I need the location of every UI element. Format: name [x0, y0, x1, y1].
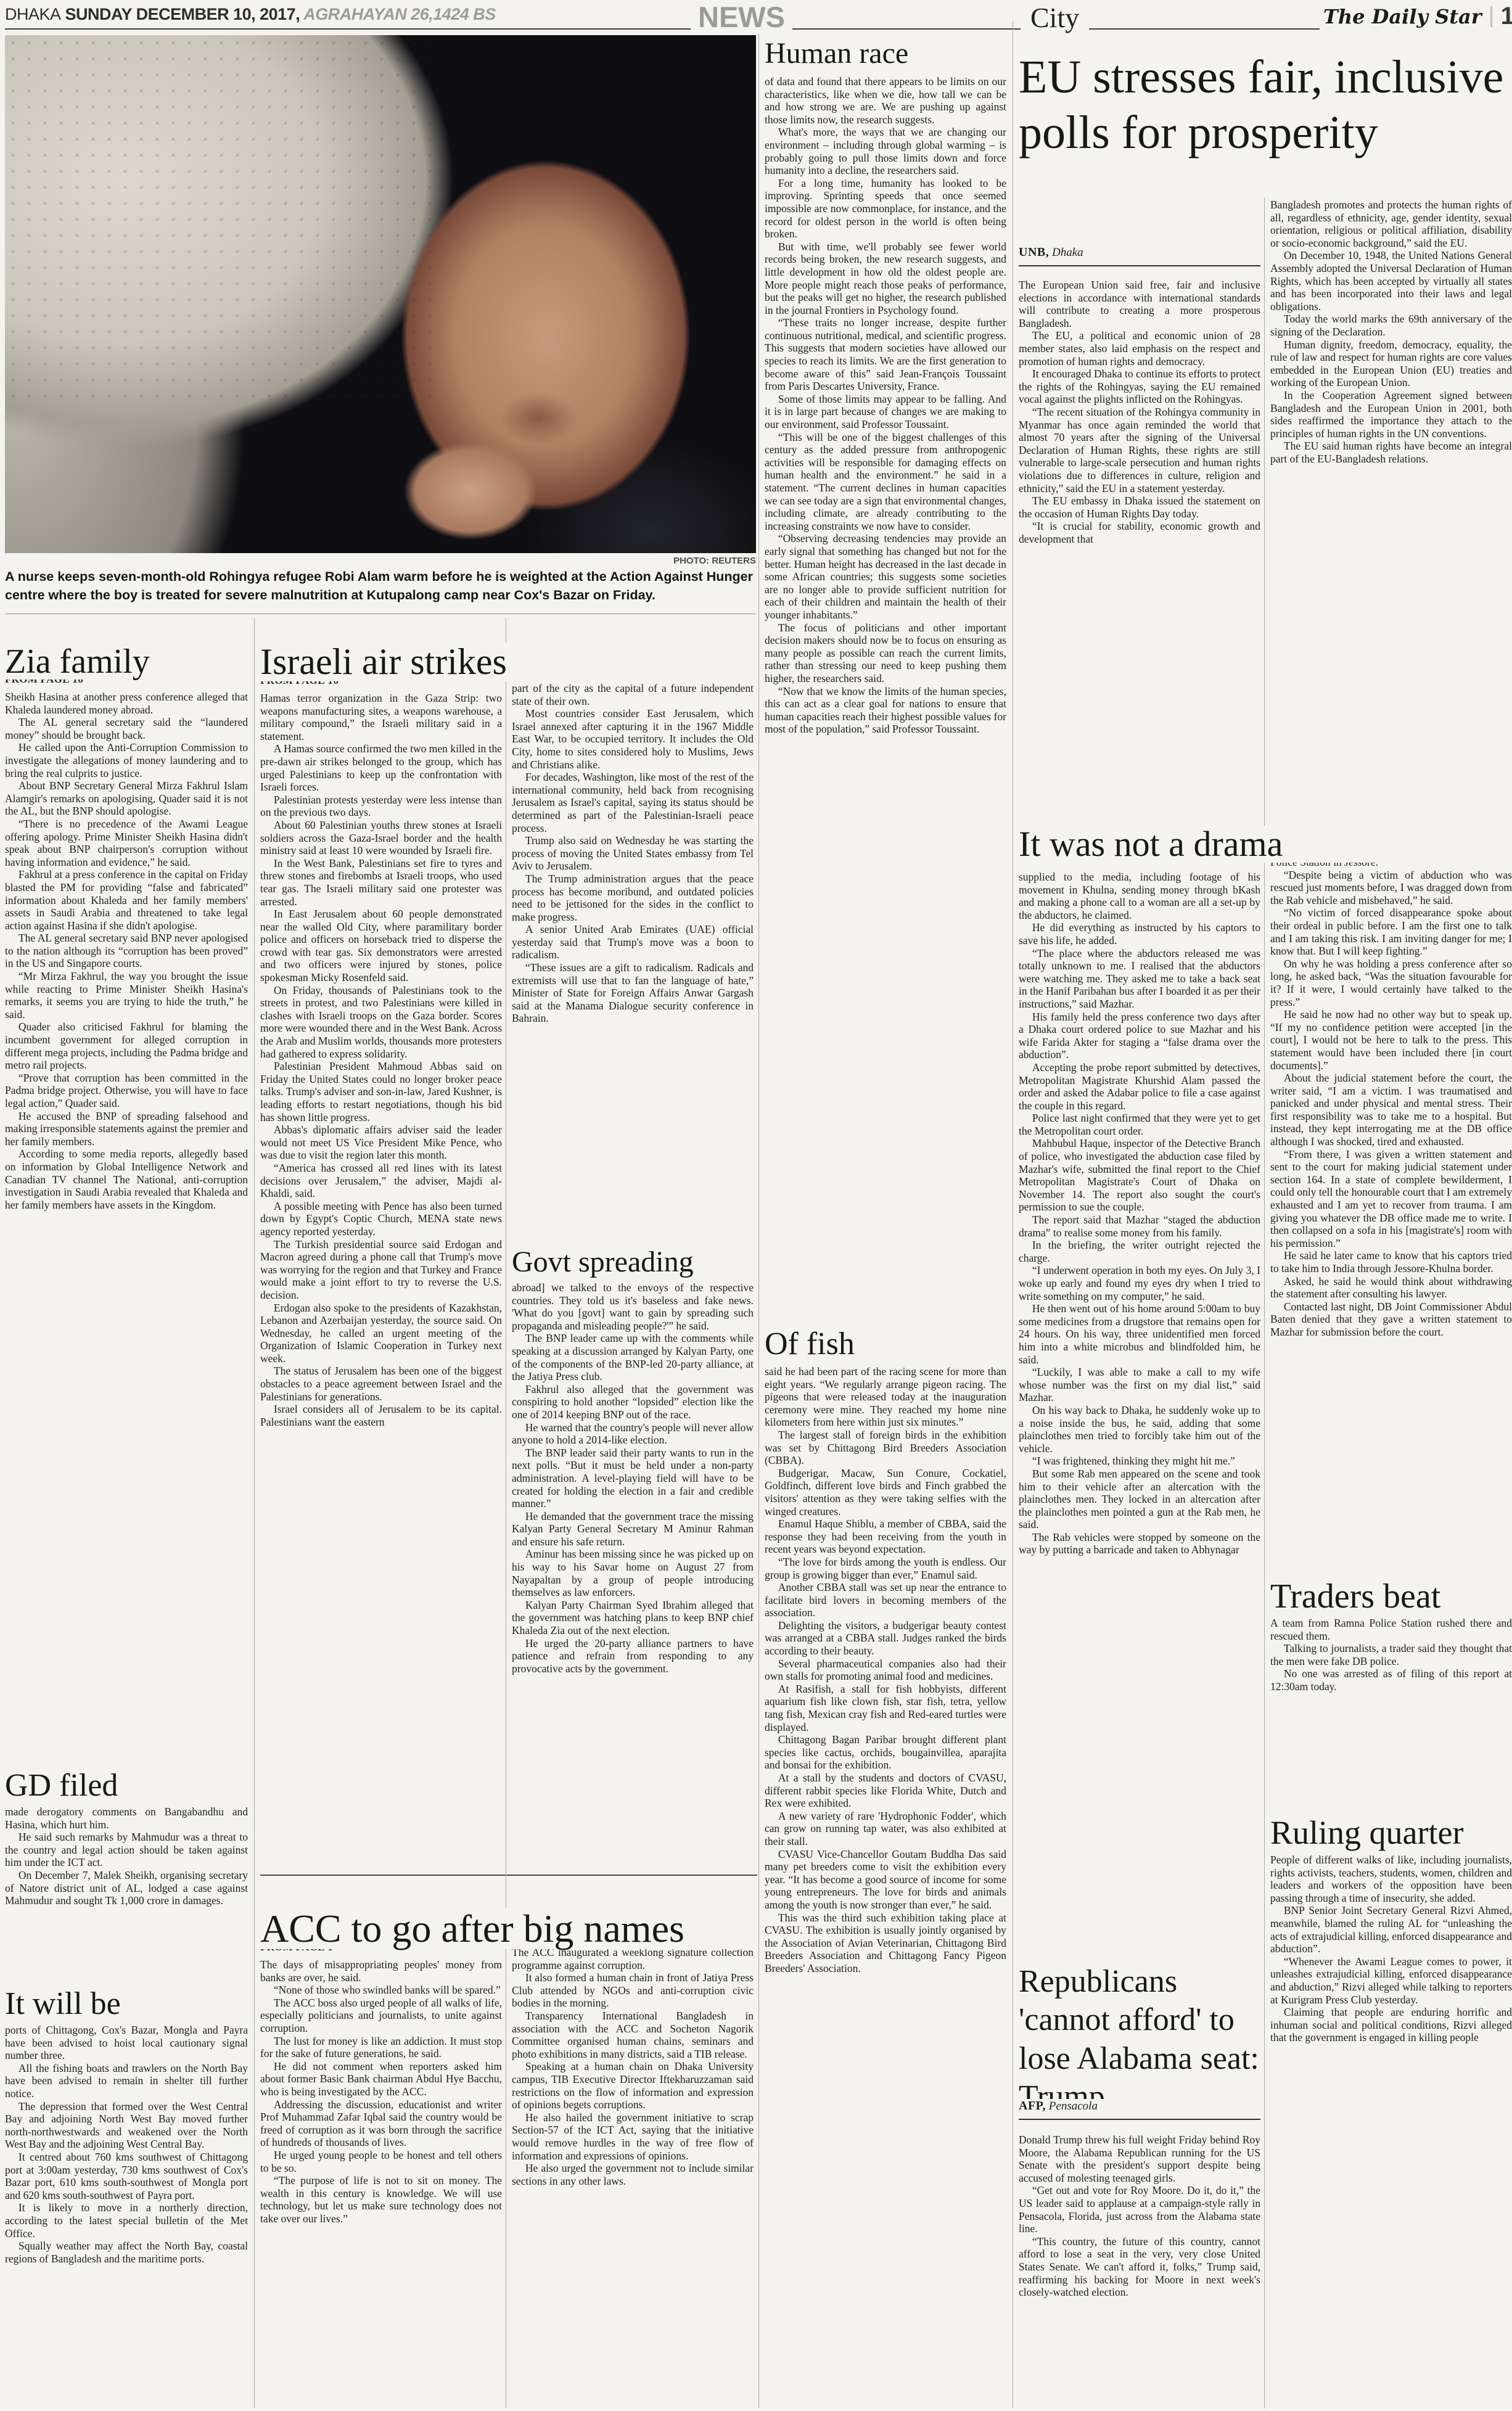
paragraph: He said such remarks by Mahmudur was a t…: [5, 1831, 248, 1869]
paragraph: Budgerigar, Macaw, Sun Conure, Cockatiel…: [765, 1467, 1006, 1518]
paragraph: “I underwent operation in both my eyes. …: [1019, 1264, 1260, 1302]
paragraph: In the Cooperation Agreement signed betw…: [1270, 389, 1512, 440]
paragraph: The largest stall of foreign birds in th…: [765, 1429, 1006, 1467]
column-divider: [758, 21, 759, 2409]
paragraph: “The place where the abductors released …: [1019, 947, 1260, 1011]
column-divider: [1264, 197, 1265, 2409]
paragraph: The focus of politicians and other impor…: [765, 622, 1006, 685]
paragraph: Bangladesh promotes and protects the hum…: [1270, 199, 1512, 249]
article-byline: AFP, Pensacola: [1019, 2099, 1260, 2120]
paragraph: Squally weather may affect the North Bay…: [5, 2240, 248, 2265]
paragraph: of data and found that there appears to …: [765, 75, 1006, 126]
paragraph: The BNP leader said their party wants to…: [512, 1447, 754, 1510]
photo-credit: PHOTO: REUTERS: [5, 556, 756, 566]
paragraph: He did everything as instructed by his c…: [1019, 921, 1260, 947]
article-body: said he had been part of the racing scen…: [765, 1365, 1006, 1975]
paragraph: Erdogan also spoke to the presidents of …: [260, 1302, 502, 1365]
paragraph: A Hamas source confirmed the two men kil…: [260, 742, 502, 793]
paragraph: Palestinian President Mahmoud Abbas said…: [260, 1060, 502, 1123]
paragraph: made derogatory comments on Bangabandhu …: [5, 1805, 248, 1831]
paragraph: Mahbubul Haque, inspector of the Detecti…: [1019, 1137, 1260, 1214]
paragraph: On December 10, 1948, the United Nations…: [1270, 249, 1512, 313]
paragraph: Enamul Haque Shiblu, a member of CBBA, s…: [765, 1518, 1006, 1556]
article-byline: UNB, Dhaka: [1019, 245, 1260, 266]
page-section-label: City: [1021, 1, 1089, 34]
paragraph: The Trump administration argues that the…: [512, 873, 754, 923]
paragraph: “Mr Mirza Fakhrul, the way you brought t…: [5, 970, 248, 1021]
article-headline: Israeli air strikes: [260, 643, 757, 681]
paragraph: People of different walks of like, inclu…: [1270, 1854, 1512, 1904]
paragraph: Fakhrul at a press conference in the cap…: [5, 868, 248, 932]
paragraph: Quader also criticised Fakhrul for blami…: [5, 1021, 248, 1071]
article-headline: Govt spreading: [512, 1247, 755, 1278]
section-rule: [260, 1875, 757, 1876]
paragraph: The European Union said free, fair and i…: [1019, 279, 1260, 329]
article-body-col1: The days of misappropriating peoples' mo…: [260, 1958, 502, 2225]
paragraph: “These traits no longer increase, despit…: [765, 316, 1006, 393]
paragraph: Donald Trump threw his full weight Frida…: [1019, 2134, 1260, 2184]
paragraph: In the briefing, the writer outright rej…: [1019, 1239, 1260, 1264]
masthead: The Daily Star: [1323, 5, 1482, 28]
paragraph: He urged young people to be honest and t…: [260, 2149, 502, 2174]
paragraph: “No victim of forced disappearance spoke…: [1270, 906, 1512, 957]
masthead-group: The Daily Star 11: [1320, 2, 1512, 30]
paragraph: Addressing the discussion, educationist …: [260, 2098, 502, 2149]
paragraph: Talking to journalists, a trader said th…: [1270, 1642, 1512, 1667]
paragraph: Israel considers all of Jerusalem to be …: [260, 1403, 502, 1428]
paragraph: On his way back to Dhaka, he suddenly wo…: [1019, 1404, 1260, 1455]
article-headline: Zia family: [5, 644, 250, 680]
paragraph: The report said that Mazhar “staged the …: [1019, 1214, 1260, 1239]
paragraph: He demanded that the government trace th…: [512, 1510, 754, 1548]
newspaper-page: DHAKA SUNDAY DECEMBER 10, 2017, AGRAHAYA…: [0, 0, 1512, 2411]
paragraph: The AL general secretary said the “laund…: [5, 716, 248, 741]
paragraph: Contacted last night, DB Joint Commissio…: [1270, 1300, 1512, 1339]
paragraph: He also urged the government not to incl…: [512, 2162, 754, 2187]
paragraph: “Luckily, I was able to make a call to m…: [1019, 1366, 1260, 1404]
paragraph: The EU said human rights have become an …: [1270, 440, 1512, 465]
paragraph: But some Rab men appeared on the scene a…: [1019, 1468, 1260, 1531]
article-headline: EU stresses fair, inclusive polls for pr…: [1019, 50, 1511, 160]
paragraph: Trump also said on Wednesday he was star…: [512, 834, 754, 873]
paragraph: “These issues are a gift to radicalism. …: [512, 961, 754, 1025]
section-label: NEWS: [691, 0, 792, 34]
column-divider: [1013, 21, 1013, 2409]
article-body: Sheikh Hasina at another press conferenc…: [5, 691, 248, 1211]
article-body-col2: Police Station in Jessore.“Despite being…: [1270, 856, 1512, 1339]
article-body-col1: supplied to the media, including footage…: [1019, 871, 1260, 1556]
paragraph: “Now that we know the limits of the huma…: [765, 685, 1006, 736]
paragraph: Transparency International Bangladesh in…: [512, 2010, 754, 2060]
paragraph: Most countries consider East Jerusalem, …: [512, 707, 754, 771]
article-body: A team from Ramna Police Station rushed …: [1270, 1617, 1512, 1693]
paragraph: Palestinian protests yesterday were less…: [260, 794, 502, 819]
paragraph: Abbas's diplomatic affairs adviser said …: [260, 1123, 502, 1162]
paragraph: The AL general secretary said BNP never …: [5, 932, 248, 970]
paragraph: He called upon the Anti-Corruption Commi…: [5, 741, 248, 779]
article-body: made derogatory comments on Bangabandhu …: [5, 1805, 248, 1907]
paragraph: The EU embassy in Dhaka issued the state…: [1019, 495, 1260, 520]
paragraph: The EU, a political and economic union o…: [1019, 329, 1260, 368]
article-headline: Of fish: [765, 1328, 1008, 1361]
paragraph: On December 7, Malek Sheikh, organising …: [5, 1869, 248, 1907]
dateline-era: AGRAHAYAN 26,1424 BS: [300, 5, 496, 23]
paragraph: ports of Chittagong, Cox's Bazar, Mongla…: [5, 2024, 248, 2062]
paragraph: Another CBBA stall was set up near the e…: [765, 1581, 1006, 1619]
paragraph: For decades, Washington, like most of th…: [512, 771, 754, 834]
paragraph: He did not comment when reporters asked …: [260, 2060, 502, 2098]
paragraph: Delighting the visitors, a budgerigar be…: [765, 1619, 1006, 1657]
paragraph: According to some media reports, alleged…: [5, 1148, 248, 1211]
page-number: 11: [1501, 2, 1512, 30]
paragraph: “Despite being a victim of abduction who…: [1270, 869, 1512, 907]
paragraph: What's more, the ways that we are changi…: [765, 126, 1006, 176]
paragraph: supplied to the media, including footage…: [1019, 871, 1260, 921]
paragraph: He warned that the country's people will…: [512, 1421, 754, 1447]
paragraph: A possible meeting with Pence has also b…: [260, 1200, 502, 1238]
article-headline: Traders beat: [1270, 1579, 1512, 1614]
paragraph: No one was arrested as of filing of this…: [1270, 1667, 1512, 1693]
paragraph: He urged the 20-party alliance partners …: [512, 1637, 754, 1675]
article-headline: It was not a drama: [1019, 826, 1475, 863]
paragraph: “This will be one of the biggest challen…: [765, 431, 1006, 533]
article-body-col1: The European Union said free, fair and i…: [1019, 279, 1260, 545]
byline-place: Pensacola: [1046, 2100, 1098, 2113]
paragraph: The Turkish presidential source said Erd…: [260, 1238, 502, 1302]
article-body-col2: Bangladesh promotes and protects the hum…: [1270, 199, 1512, 465]
article-headline: Ruling quarter: [1270, 1815, 1512, 1850]
paragraph: On Friday, thousands of Palestinians too…: [260, 984, 502, 1061]
paragraph: In the West Bank, Palestinians set fire …: [260, 857, 502, 908]
paragraph: said he had been part of the racing scen…: [765, 1365, 1006, 1429]
paragraph: In East Jerusalem about 60 people demons…: [260, 908, 502, 984]
paragraph: “America has crossed all red lines with …: [260, 1162, 502, 1200]
masthead-divider: [1490, 6, 1492, 27]
paragraph: The status of Jerusalem has been one of …: [260, 1365, 502, 1403]
paragraph: Hamas terror organization in the Gaza St…: [260, 692, 502, 742]
paragraph: A senior United Arab Emirates (UAE) offi…: [512, 923, 754, 961]
article-body: ports of Chittagong, Cox's Bazar, Mongla…: [5, 2024, 248, 2265]
dateline-date: SUNDAY DECEMBER 10, 2017,: [61, 5, 300, 23]
article-headline: Human race: [765, 38, 1008, 69]
paragraph: BNP Senior Joint Secretary General Rizvi…: [1270, 1904, 1512, 1955]
article-headline: GD filed: [5, 1769, 250, 1802]
dateline: DHAKA SUNDAY DECEMBER 10, 2017, AGRAHAYA…: [5, 5, 496, 24]
article-body: Donald Trump threw his full weight Frida…: [1019, 2134, 1260, 2299]
paragraph: “Whenever the Awami League comes to powe…: [1270, 1955, 1512, 2006]
photo-caption: A nurse keeps seven-month-old Rohingya r…: [5, 568, 756, 604]
paragraph: It centred about 760 kms southwest of Ch…: [5, 2151, 248, 2201]
paragraph: Several pharmaceutical companies also ha…: [765, 1657, 1006, 1683]
paragraph: The depression that formed over the West…: [5, 2100, 248, 2151]
paragraph: “This country, the future of this countr…: [1019, 2235, 1260, 2299]
byline-agency: AFP,: [1019, 2099, 1046, 2113]
paragraph: “There is no precedence of the Awami Lea…: [5, 818, 248, 868]
paragraph: “None of those who swindled banks will b…: [260, 1984, 502, 1997]
paragraph: For a long time, humanity has looked to …: [765, 177, 1006, 240]
article-headline: Republicans 'cannot afford' to lose Alab…: [1019, 1963, 1262, 2117]
paragraph: Aminur has been missing since he was pic…: [512, 1548, 754, 1598]
paragraph: This was the third such exhibition takin…: [765, 1912, 1006, 1975]
paragraph: At Rasifish, a stall for fish hobbyists,…: [765, 1683, 1006, 1733]
paragraph: Fakhrul also alleged that the government…: [512, 1383, 754, 1421]
paragraph: He said he later came to know that his c…: [1270, 1249, 1512, 1275]
paragraph: “Get out and vote for Roy Moore. Do it, …: [1019, 2184, 1260, 2235]
paragraph: “From there, I was given a written state…: [1270, 1148, 1512, 1250]
paragraph: Some of those limits may appear to be fa…: [765, 393, 1006, 431]
paragraph: The ACC boss also urged people of all wa…: [260, 1997, 502, 2035]
paragraph: But with time, we'll probably see fewer …: [765, 240, 1006, 317]
paragraph: “The love for birds among the youth is e…: [765, 1556, 1006, 1581]
paragraph: “The recent situation of the Rohingya co…: [1019, 406, 1260, 495]
paragraph: “Observing decreasing tendencies may pro…: [765, 532, 1006, 621]
paragraph: About BNP Secretary General Mirza Fakhru…: [5, 779, 248, 818]
paragraph: part of the city as the capital of a fut…: [512, 682, 754, 707]
paragraph: About the judicial statement before the …: [1270, 1072, 1512, 1148]
paragraph: Claiming that people are enduring horrif…: [1270, 2006, 1512, 2044]
paragraph: The lust for money is like an addiction.…: [260, 2035, 502, 2060]
article-headline: It will be: [5, 1987, 250, 2021]
paragraph: His family held the press conference two…: [1019, 1011, 1260, 1061]
paragraph: It is likely to move in a northerly dire…: [5, 2201, 248, 2240]
paragraph: The days of misappropriating peoples' mo…: [260, 1958, 502, 1984]
paragraph: CVASU Vice-Chancellor Goutam Buddha Das …: [765, 1848, 1006, 1912]
paragraph: Chittagong Bagan Paribar brought differe…: [765, 1733, 1006, 1772]
paragraph: A new variety of rare 'Hydrophonic Fodde…: [765, 1810, 1006, 1848]
caption-rule: [5, 614, 756, 614]
dateline-city: DHAKA: [5, 5, 61, 23]
paragraph: He then went out of his home around 5:00…: [1019, 1302, 1260, 1366]
paragraph: He also hailed the government initiative…: [512, 2111, 754, 2162]
paragraph: “I was frightened, thinking they might h…: [1019, 1455, 1260, 1468]
paragraph: Police last night confirmed that they we…: [1019, 1112, 1260, 1137]
paragraph: A team from Ramna Police Station rushed …: [1270, 1617, 1512, 1642]
paragraph: Accepting the probe report submitted by …: [1019, 1061, 1260, 1112]
paragraph: Today the world marks the 69th anniversa…: [1270, 313, 1512, 338]
article-headline: ACC to go after big names: [260, 1908, 757, 1950]
paragraph: Sheikh Hasina at another press conferenc…: [5, 691, 248, 716]
article-body: of data and found that there appears to …: [765, 75, 1006, 736]
paragraph: It also formed a human chain in front of…: [512, 1971, 754, 2010]
paragraph: “It is crucial for stability, economic g…: [1019, 520, 1260, 545]
paragraph: All the fishing boats and trawlers on th…: [5, 2062, 248, 2100]
paragraph: Speaking at a human chain on Dhaka Unive…: [512, 2060, 754, 2111]
paragraph: Human dignity, freedom, democracy, equal…: [1270, 339, 1512, 389]
paragraph: On why he was holding a press conference…: [1270, 958, 1512, 1008]
byline-place: Dhaka: [1049, 246, 1083, 259]
article-body-col2: part of the city as the capital of a fut…: [512, 682, 754, 1025]
paragraph: He said he now had no other way but to s…: [1270, 1008, 1512, 1072]
paragraph: It encouraged Dhaka to continue its effo…: [1019, 368, 1260, 406]
paragraph: “The purpose of life is not to sit on mo…: [260, 2174, 502, 2225]
article-body: People of different walks of like, inclu…: [1270, 1854, 1512, 2044]
paragraph: The Rab vehicles were stopped by someone…: [1019, 1531, 1260, 1556]
paragraph: About 60 Palestinian youths threw stones…: [260, 819, 502, 857]
lead-photo: [5, 35, 756, 553]
paragraph: abroad] we talked to the envoys of the r…: [512, 1281, 754, 1332]
column-divider: [506, 618, 506, 2409]
paragraph: Kalyan Party Chairman Syed Ibrahim alleg…: [512, 1599, 754, 1637]
paragraph: Asked, he said he would think about with…: [1270, 1275, 1512, 1300]
paragraph: At a stall by the students and doctors o…: [765, 1772, 1006, 1810]
article-body-col1: Hamas terror organization in the Gaza St…: [260, 692, 502, 1428]
paragraph: The BNP leader came up with the comments…: [512, 1332, 754, 1382]
column-divider: [254, 618, 255, 2409]
paragraph: “Prove that corruption has been committe…: [5, 1072, 248, 1110]
article-body: abroad] we talked to the envoys of the r…: [512, 1281, 754, 1675]
paragraph: He accused the BNP of spreading falsehoo…: [5, 1110, 248, 1148]
byline-agency: UNB,: [1019, 245, 1049, 259]
article-body-col2: The ACC inaugurated a weeklong signature…: [512, 1946, 754, 2187]
